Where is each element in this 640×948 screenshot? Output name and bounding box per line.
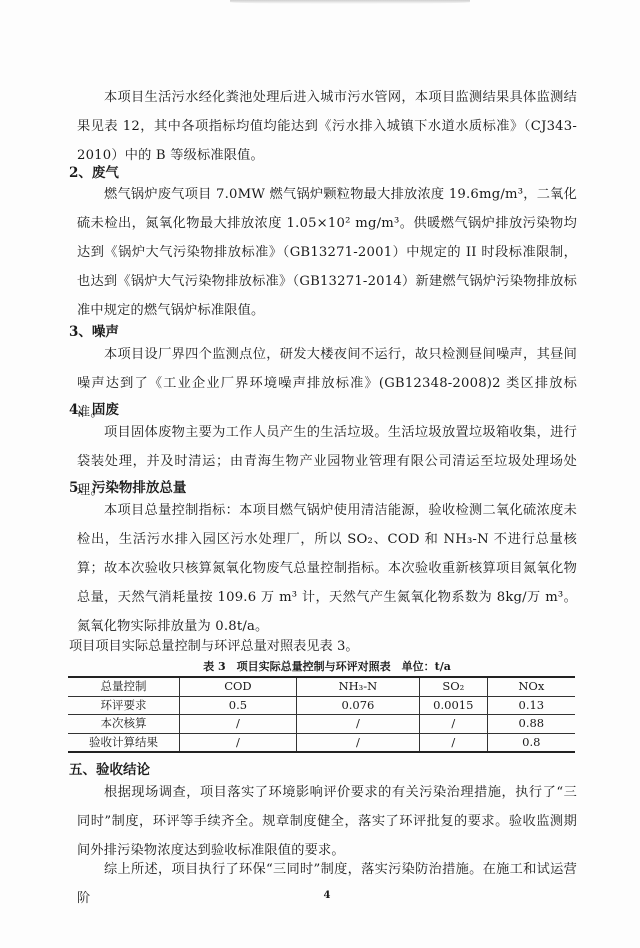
table-cell: /: [179, 733, 296, 752]
table-cell: 0.8: [487, 733, 575, 752]
conclusion-paragraph-1: 根据现场调查，项目落实了环境影响评价要求的有关污染治理措施，执行了“三同时”制度…: [77, 778, 577, 865]
header-cell: NOx: [487, 677, 575, 696]
emissions-comparison-table: 总量控制 COD NH₃-N SO₂ NOx 环评要求 0.5 0.076 0.…: [68, 676, 575, 753]
table-cell: 0.88: [487, 715, 575, 734]
table-cell: 验收计算结果: [68, 733, 179, 752]
page-number: 4: [77, 890, 577, 901]
header-cell: 总量控制: [68, 677, 179, 696]
header-cell: SO₂: [419, 677, 487, 696]
table-row: 本次核算 / / / 0.88: [68, 715, 575, 734]
section-heading-solid-waste: 4、固废: [69, 400, 119, 420]
table-cell: /: [419, 715, 487, 734]
header-cell: COD: [179, 677, 296, 696]
table-cell: 0.5: [179, 696, 296, 715]
table-cell: 0.076: [296, 696, 419, 715]
table-cell: 本次核算: [68, 715, 179, 734]
table-cell: 环评要求: [68, 696, 179, 715]
table-row: 验收计算结果 / / / 0.8: [68, 733, 575, 752]
section-heading-total-emissions: 5、污染物排放总量: [69, 478, 186, 498]
conclusion-paragraph-2: 综上所述，项目执行了环保“三同时”制度，落实污染防治措施。在施工和试运营阶: [77, 855, 577, 913]
table-cell: /: [419, 733, 487, 752]
wastewater-paragraph: 本项目生活污水经化粪池处理后进入城市污水管网，本项目监测结果具体监测结果见表 1…: [77, 83, 577, 170]
section-heading-conclusion: 五、验收结论: [69, 760, 150, 780]
section-heading-noise: 3、噪声: [69, 322, 119, 342]
table-row: 环评要求 0.5 0.076 0.0015 0.13: [68, 696, 575, 715]
total-emissions-paragraph: 本项目总量控制指标：本项目燃气锅炉使用清洁能源，验收检测二氧化硫浓度未检出，生活…: [77, 496, 577, 641]
table-reference-line: 项目项目实际总量控制与环评总量对照表见表 3。: [69, 637, 359, 657]
header-cell: NH₃-N: [296, 677, 419, 696]
table-cell: /: [179, 715, 296, 734]
noise-paragraph: 本项目设厂界四个监测点位，研发大楼夜间不运行，故只检测昼间噪声，其昼间噪声达到了…: [77, 340, 577, 427]
scan-shadow: [230, 0, 470, 4]
exhaust-gas-paragraph: 燃气锅炉废气项目 7.0MW 燃气锅炉颗粒物最大排放浓度 19.6mg/m³，二…: [77, 180, 577, 325]
table-cell: 0.13: [487, 696, 575, 715]
table-caption: 表 3 项目实际总量控制与环评对照表 单位：t/a: [77, 660, 577, 674]
table-cell: /: [296, 733, 419, 752]
table-header-row: 总量控制 COD NH₃-N SO₂ NOx: [68, 677, 575, 696]
table-cell: /: [296, 715, 419, 734]
table-cell: 0.0015: [419, 696, 487, 715]
